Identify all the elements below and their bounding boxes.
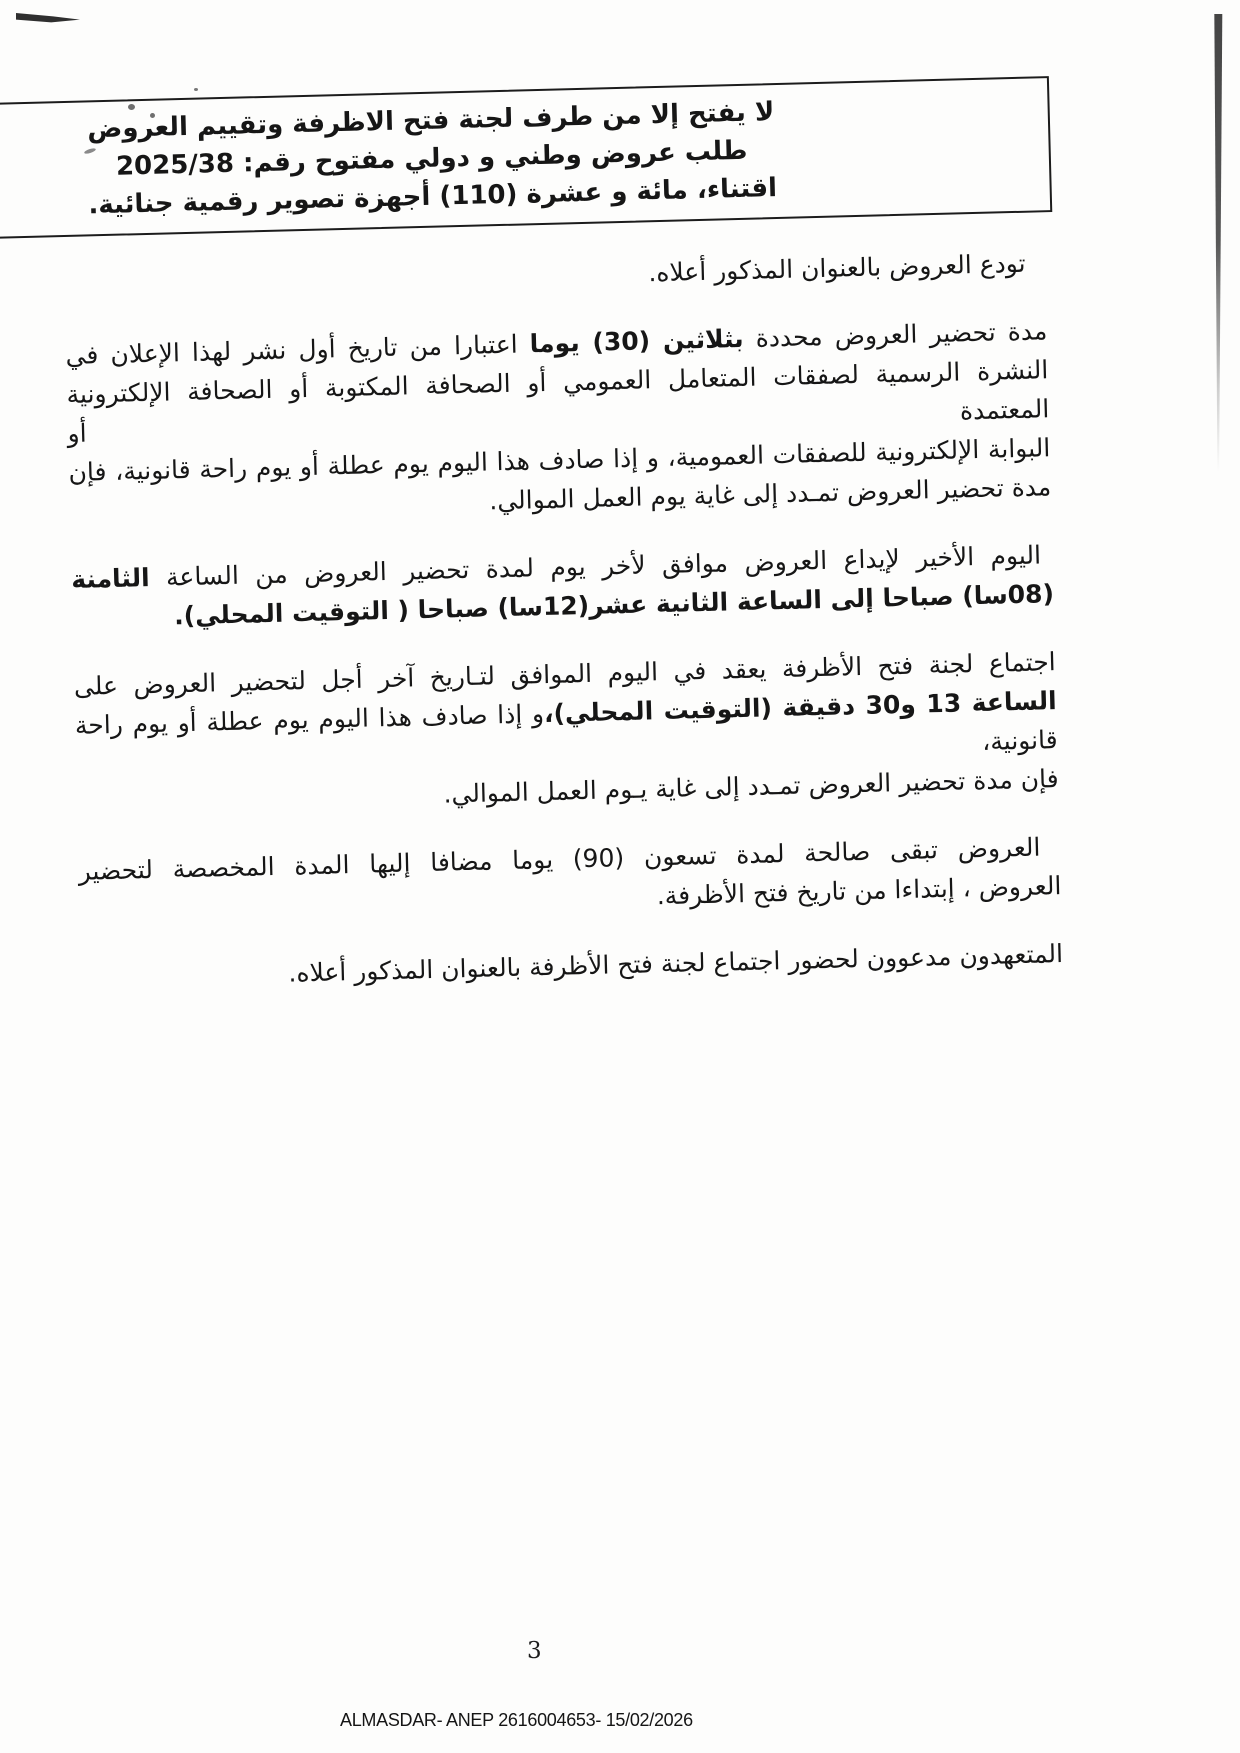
- page-number: 3: [527, 1638, 542, 1664]
- text-run-bold: الثامنة: [71, 563, 150, 594]
- text-line: المتعهدون مدعوون لحضور اجتماع لجنة فتح ا…: [81, 934, 1064, 998]
- text-run: تودع العروض بالعنوان المذكور أعلاه.: [648, 249, 1026, 288]
- paragraph-last-deposit-day: اليوم الأخير لإيداع العروض موافق لأخر يو…: [71, 535, 1055, 638]
- text-run: اعتبارا من تاريخ أول نشر لهذا الإعلان في: [65, 329, 530, 370]
- paragraph-offer-validity: العروض تبقى صالحة لمدة تسعون (90) يوما م…: [78, 827, 1062, 930]
- paragraph-preparation-period: مدة تحضير العروض محددة بثلاثين (30) يوما…: [65, 311, 1052, 531]
- text-run: العروض ، إبتداءا من تاريخ فتح الأظرفة.: [656, 871, 1061, 910]
- scanned-document-page: { "header_box": { "line1": "لا يفتح إلا …: [0, 0, 1240, 1753]
- text-run-bold: بثلاثين (30) يوما: [529, 324, 744, 358]
- publication-imprint: ALMASDAR- ANEP 2616004653- 15/02/2026: [340, 1710, 670, 1731]
- text-run-bold: الساعة 13 و30 دقيقة (التوقيت المحلي)،: [544, 686, 1057, 728]
- scan-page-edge-artifact: [1209, 14, 1223, 472]
- text-run: مدة تحضير العروض تمـدد إلى غاية يوم العم…: [489, 472, 1052, 515]
- paragraph-opening-committee-meeting: اجتماع لجنة فتح الأظرفة يعقد في اليوم ال…: [73, 642, 1059, 823]
- paragraph-deposit-address: تودع العروض بالعنوان المذكور أعلاه.: [63, 243, 1046, 307]
- paragraph-bidders-invitation: المتعهدون مدعوون لحضور اجتماع لجنة فتح ا…: [81, 934, 1064, 998]
- scan-corner-artifact: [16, 8, 80, 28]
- header-notice-box: لا يفتح إلا من طرف لجنة فتح الاظرفة وتقي…: [0, 76, 1052, 239]
- text-run: مدة تحضير العروض محددة: [743, 316, 1047, 353]
- document-body: لا يفتح إلا من طرف لجنة فتح الاظرفة وتقي…: [59, 66, 1064, 998]
- text-line: تودع العروض بالعنوان المذكور أعلاه.: [63, 243, 1046, 307]
- text-run: المتعهدون مدعوون لحضور اجتماع لجنة فتح ا…: [288, 939, 1063, 988]
